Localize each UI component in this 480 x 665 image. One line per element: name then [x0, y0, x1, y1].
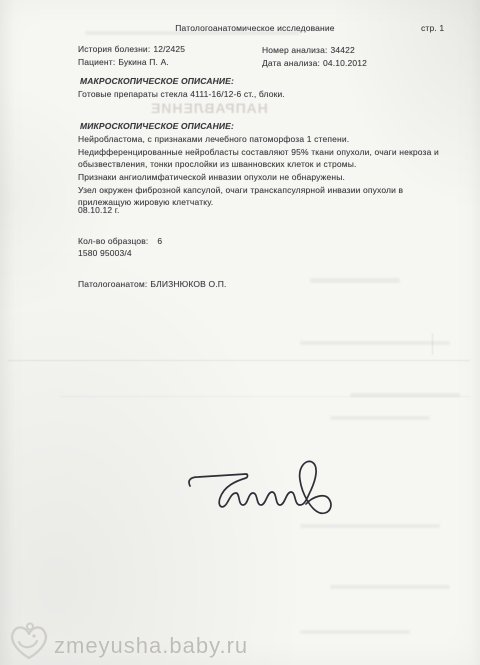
page-title: Патологоанатомическое исследование	[30, 23, 480, 33]
patient-line: Пациент:Букина П. А.	[78, 57, 169, 67]
watermark-site-text: zmeyusha.baby.ru	[54, 633, 248, 659]
pathologist-label: Патологоанатом:	[78, 279, 147, 289]
samples-line: Кол-во образцов:6	[78, 236, 162, 246]
macro-body: Готовые препараты стекла 4111-16/12-6 ст…	[78, 89, 285, 99]
scanned-document-page: Патологоанатомическое исследование стр. …	[0, 0, 480, 665]
analysis-number-label: Номер анализа:	[262, 45, 327, 55]
bleedthrough-smudge	[300, 630, 410, 634]
sample-code: 1580 95003/4	[78, 248, 132, 258]
micro-body: Нейробластома, с признаками лечебного па…	[78, 134, 439, 210]
macro-heading: МАКРОСКОПИЧЕСКОЕ ОПИСАНИЕ:	[80, 76, 234, 86]
micro-line: Признаки ангиолимфатической инвазии опух…	[78, 172, 439, 185]
samples-value: 6	[157, 236, 162, 246]
page-number: стр. 1	[421, 23, 444, 33]
analysis-date-value: 04.10.2012	[323, 58, 367, 68]
report-date: 08.10.12 г.	[78, 205, 120, 215]
bleedthrough-smudge	[330, 585, 450, 589]
history-value: 12/2425	[153, 44, 185, 54]
analysis-date-line: Дата анализа:04.10.2012	[262, 58, 367, 68]
pathologist-signature	[160, 448, 360, 533]
bleedthrough-smudge	[310, 278, 400, 283]
analysis-date-label: Дата анализа:	[262, 58, 320, 68]
heart-icon	[7, 622, 51, 662]
micro-line: обызвествления, тонки прослойки из шванн…	[78, 159, 439, 172]
pathologist-value: БЛИЗНЮКОВ О.П.	[150, 279, 226, 289]
fold-line	[8, 360, 470, 361]
micro-heading: МИКРОСКОПИЧЕСКОЕ ОПИСАНИЕ:	[80, 121, 234, 131]
history-label: История болезни:	[78, 44, 150, 54]
heart-logo-icon	[7, 622, 51, 662]
history-line: История болезни:12/2425	[78, 44, 185, 54]
micro-line: Нейробластома, с признаками лечебного па…	[78, 134, 439, 147]
analysis-number-value: 34422	[330, 45, 354, 55]
samples-label: Кол-во образцов:	[78, 236, 148, 246]
bleedthrough-mirrored-text: НАПРАВЛЕНИЕ	[150, 100, 268, 116]
bleedthrough-smudge	[350, 393, 460, 397]
signature-stroke	[160, 448, 360, 533]
patient-value: Букина П. А.	[118, 57, 169, 67]
bleedthrough-smudge	[300, 341, 450, 345]
pathologist-line: Патологоанатом:БЛИЗНЮКОВ О.П.	[78, 279, 227, 289]
micro-line: Узел окружен фиброзной капсулой, очаги т…	[78, 185, 439, 198]
bleedthrough-smudge	[330, 416, 430, 420]
micro-line: прилежащую жировую клетчатку.	[78, 197, 439, 210]
micro-line: Недифференцированные нейробласты составл…	[78, 147, 439, 160]
patient-label: Пациент:	[78, 57, 115, 67]
analysis-number-line: Номер анализа:34422	[262, 45, 355, 55]
